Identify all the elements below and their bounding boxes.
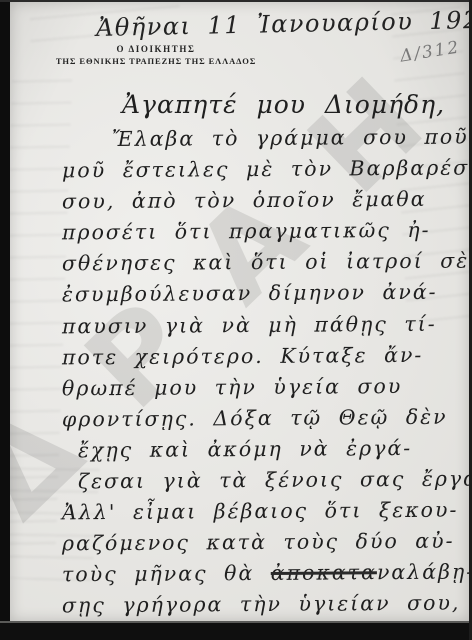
body-line: ἔχῃς καὶ ἀκόμη νὰ ἐργά-: [62, 433, 463, 467]
pencil-reference-number: Δ/312: [399, 37, 462, 66]
scan-border-left: [0, 0, 10, 640]
strikethrough-word: ἀποκατα: [271, 561, 377, 586]
body-line: ραζόμενος κατὰ τοὺς δύο αὐ-: [62, 526, 463, 560]
body-line: παυσιν γιὰ νὰ μὴ πάθῃς τί-: [62, 308, 463, 342]
body-text: τοὺς μῆνας θὰ: [62, 561, 271, 586]
handwritten-date: Ἀθῆναι 11 Ἰανουαρίου 1926: [96, 6, 469, 42]
letterhead-title: Ο ΔΙΟΙΚΗΤΗΣ: [28, 44, 284, 54]
body-line: φροντίσῃς. Δόξα τῷ Θεῷ δὲν: [62, 401, 463, 435]
body-line: Ἔλαβα τὸ γράμμα σου ποῦ: [62, 122, 463, 156]
letter-body: Ἔλαβα τὸ γράμμα σου ποῦ μοῦ ἔστειλες μὲ …: [62, 123, 463, 621]
body-line: σθένησες καὶ ὅτι οἱ ἰατροί σὲ: [62, 246, 463, 280]
body-line-with-strikethrough: τοὺς μῆνας θὰ ἀποκαταναλάβῃ-: [62, 557, 463, 591]
body-line: μοῦ ἔστειλες μὲ τὸν Βαρβαρέσο: [62, 153, 463, 187]
scan-border-top: [0, 0, 472, 2]
letterhead-subtitle: ΤΗΣ ΕΘΝΙΚΗΣ ΤΡΑΠΕΖΗΣ ΤΗΣ ΕΛΛΑΔΟΣ: [28, 56, 284, 66]
body-line: ζεσαι γιὰ τὰ ξένοις σας ἔργα.: [62, 464, 463, 498]
salutation: Ἀγαπητέ μου Διομήδη,: [122, 90, 445, 119]
body-text: ναλάβῃ-: [377, 560, 469, 585]
body-line: προσέτι ὅτι πραγματικῶς ἠ-: [62, 215, 463, 249]
body-line: θρωπέ μου τὴν ὑγεία σου: [62, 370, 463, 404]
body-line: σου, ἀπὸ τὸν ὁποῖον ἔμαθα: [62, 184, 463, 218]
scanned-letter-document: ΔΡΑΗ Ἀθῆναι 11 Ἰανουαρίου 1926 Δ/312 Ο Δ…: [0, 0, 472, 640]
body-line: Ἀλλ' εἶμαι βέβαιος ὅτι ξεκου-: [62, 495, 463, 529]
scan-border-bottom: [0, 621, 472, 640]
body-line: ἐσυμβούλευσαν δίμηνον ἀνά-: [62, 277, 463, 311]
letter-page: ΔΡΑΗ Ἀθῆναι 11 Ἰανουαρίου 1926 Δ/312 Ο Δ…: [10, 2, 469, 621]
body-line: σῃς γρήγορα τὴν ὑγιείαν σου, καὶ: [62, 588, 463, 621]
body-line: ποτε χειρότερο. Κύταξε ἄν-: [62, 339, 463, 373]
letterhead: Ο ΔΙΟΙΚΗΤΗΣ ΤΗΣ ΕΘΝΙΚΗΣ ΤΡΑΠΕΖΗΣ ΤΗΣ ΕΛΛ…: [28, 44, 284, 66]
